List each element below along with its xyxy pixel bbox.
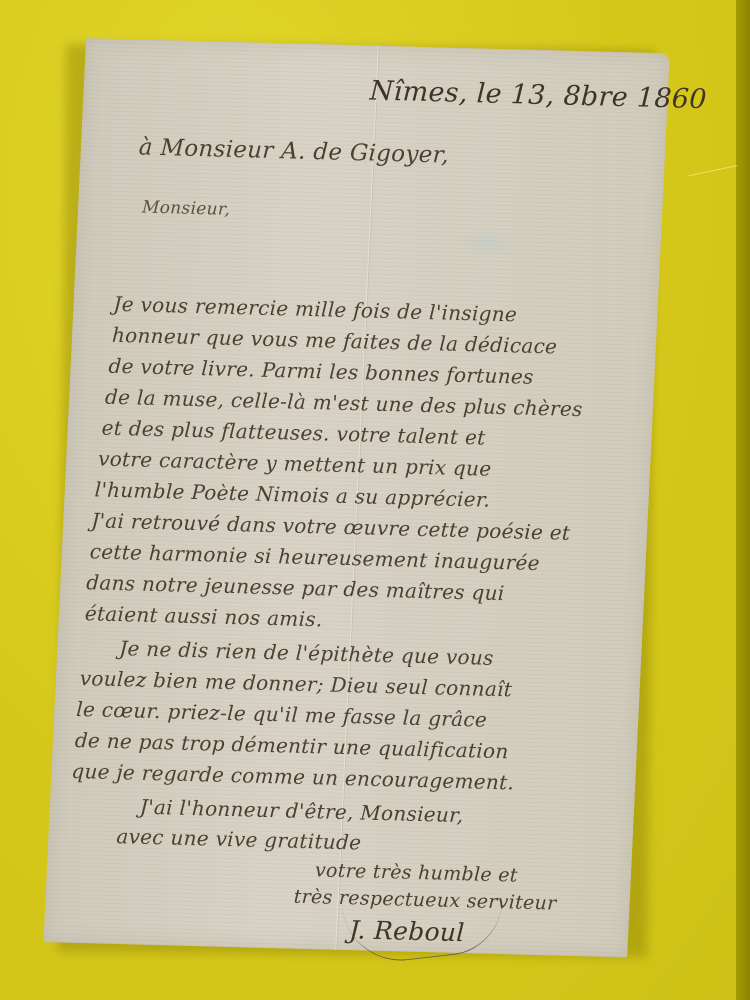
body-line: voulez bien me donner; Dieu seul connaît — [79, 666, 512, 701]
body-line: l'humble Poète Nimois a su apprécier. — [94, 477, 491, 511]
body-line: de la muse, celle-là m'est une des plus … — [105, 385, 584, 421]
letter-salutation: Monsieur, — [142, 198, 231, 220]
body-line: que je regarde comme un encouragement. — [71, 759, 515, 795]
closing-line: J'ai l'honneur d'être, Monsieur, — [139, 795, 464, 827]
sign-off-line: votre très humble et — [314, 859, 518, 886]
body-line: honneur que vous me faites de la dédicac… — [111, 323, 557, 359]
body-line: et des plus flatteuses. votre talent et — [101, 416, 486, 450]
background-edge-strip — [736, 0, 750, 1000]
paper-stain — [456, 228, 517, 258]
body-line: le cœur. priez-le qu'il me fasse la grâc… — [76, 697, 488, 732]
letter-date: Nîmes, le 13, 8bre 1860 — [369, 75, 707, 115]
body-line: votre caractère y mettent un prix que — [98, 446, 492, 480]
body-line: Je ne dis rien de l'épithète que vous — [119, 636, 495, 670]
photo-scene: Nîmes, le 13, 8bre 1860 à Monsieur A. de… — [0, 0, 750, 1000]
closing-line: avec une vive gratitude — [116, 824, 362, 854]
body-line: étaient aussi nos amis. — [84, 601, 323, 631]
body-line: J'ai retrouvé dans votre œuvre cette poé… — [91, 508, 571, 545]
body-line: cette harmonie si heureusement inaugurée — [89, 539, 540, 575]
letter-addressee: à Monsieur A. de Gigoyer, — [138, 134, 449, 168]
body-line: Je vous remercie mille fois de l'insigne — [113, 292, 518, 327]
background-crease — [688, 165, 741, 196]
body-line: de votre livre. Parmi les bonnes fortune… — [108, 354, 534, 389]
body-line: dans notre jeunesse par des maîtres qui — [86, 570, 505, 605]
body-line: de ne pas trop démentir une qualificatio… — [74, 728, 509, 763]
letter-sheet: Nîmes, le 13, 8bre 1860 à Monsieur A. de… — [43, 38, 669, 957]
